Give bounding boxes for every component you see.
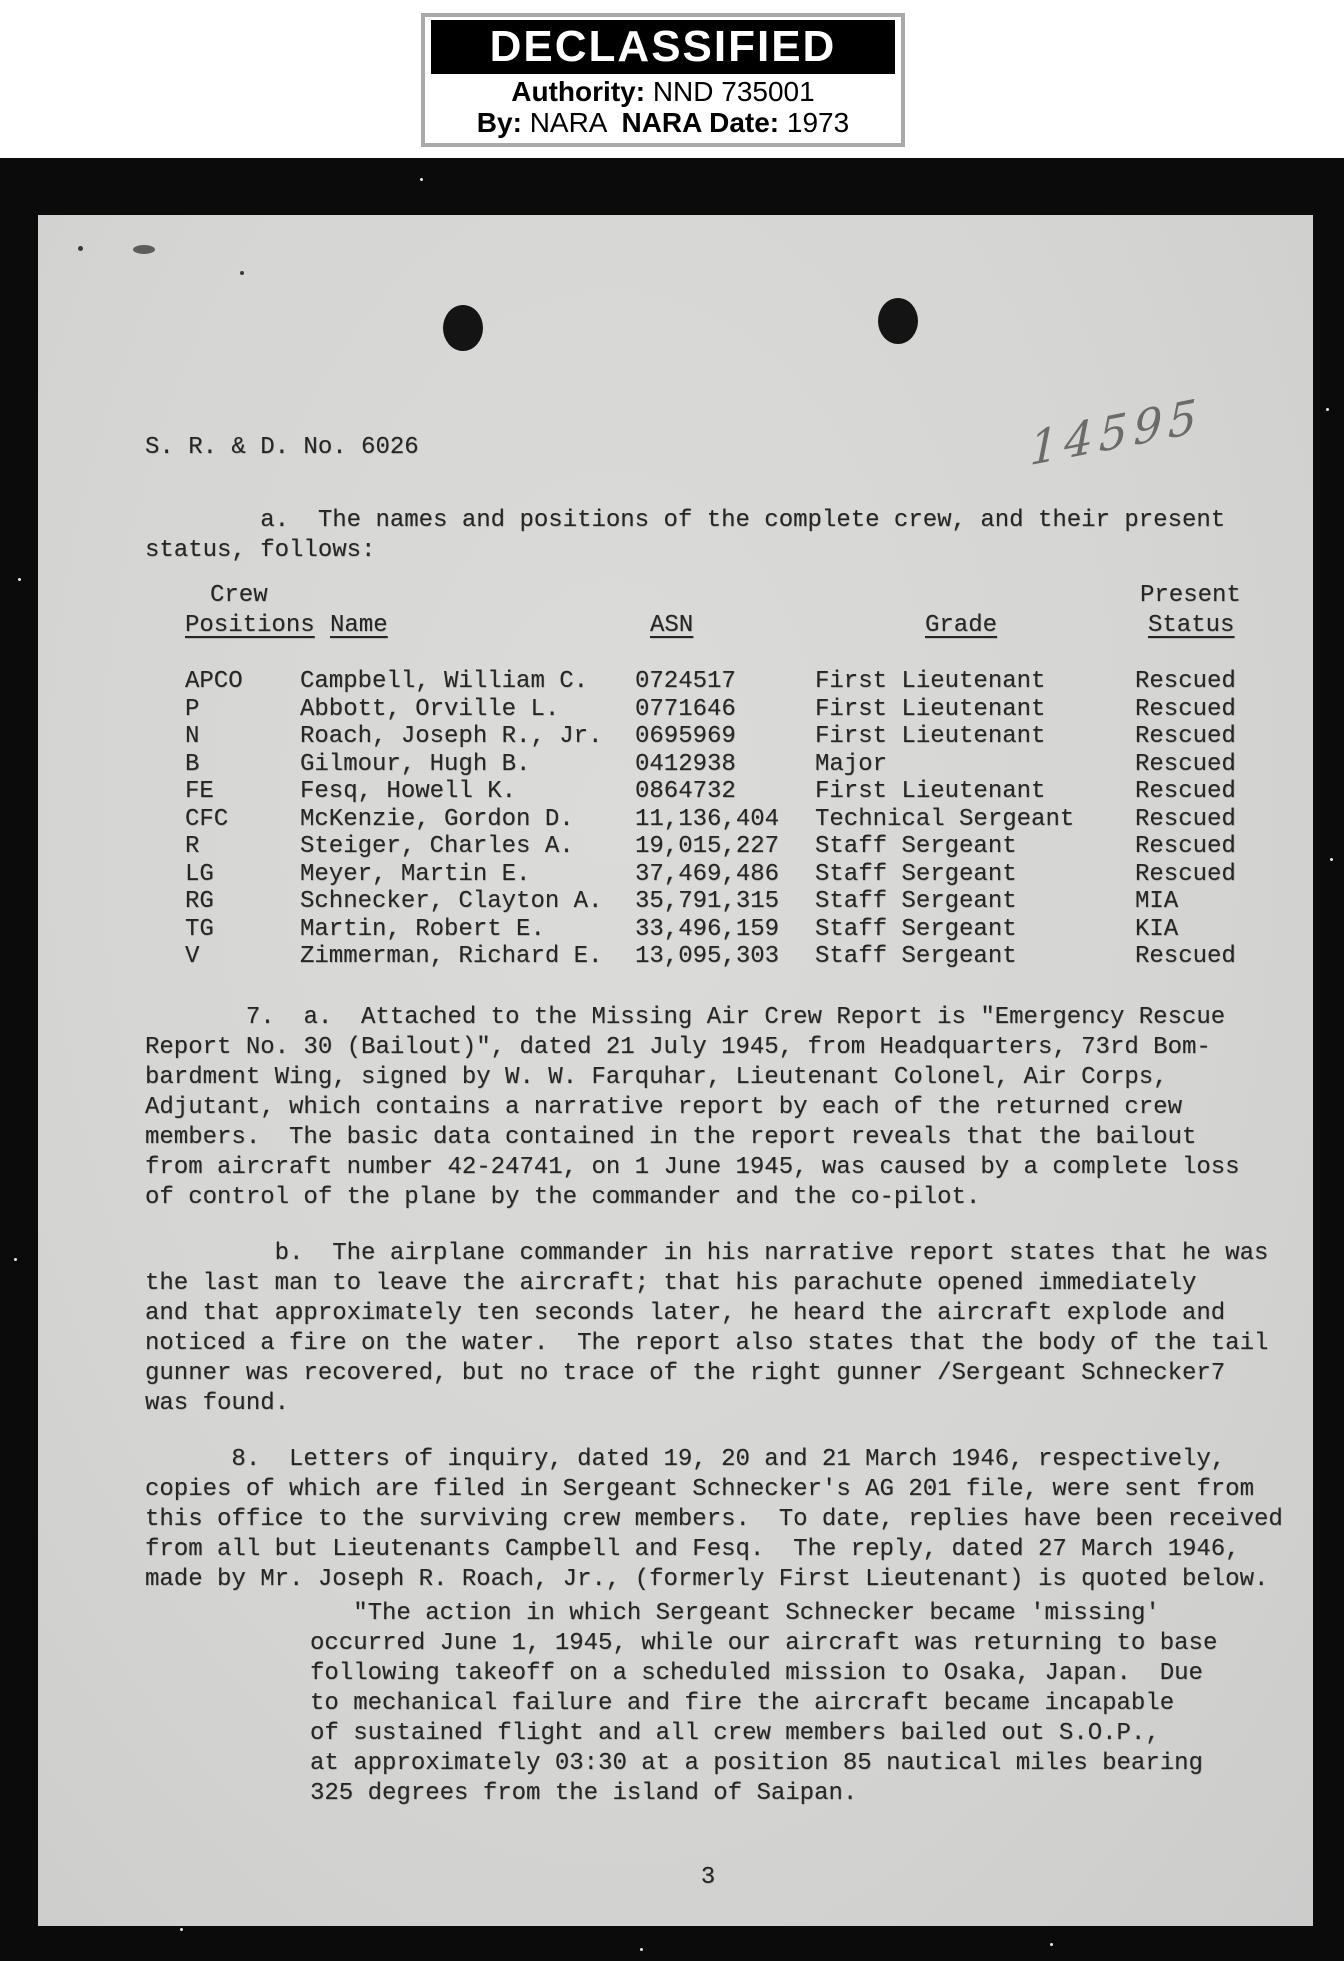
document-page: S. R. & D. No. 6026 14595 a. The names a… [38,215,1313,1926]
cell-grade: First Lieutenant [815,777,1045,807]
header-asn: ASN [650,611,693,641]
cell-crew-position: R [185,832,199,862]
by-line: By: NARANARA Date: 1973 [425,107,901,138]
punch-hole-icon [878,298,918,344]
header-grade: Grade [925,611,997,641]
cell-asn: 13,095,303 [635,942,779,972]
nara-date-value: 1973 [787,107,849,138]
header-present: Present [1140,581,1241,611]
cell-status: Rescued [1135,777,1236,807]
cell-name: Fesq, Howell K. [300,777,516,807]
header-name: Name [330,611,388,641]
cell-status: Rescued [1135,942,1236,972]
paragraph-7a: 7. a. Attached to the Missing Air Crew R… [145,1003,1325,1213]
cell-name: Campbell, William C. [300,667,588,697]
cell-crew-position: CFC [185,805,228,835]
paragraph-7b: b. The airplane commander in his narrati… [145,1239,1335,1419]
cell-name: Martin, Robert E. [300,915,545,945]
cell-asn: 37,469,486 [635,860,779,890]
by-label: By: [477,107,522,138]
cell-crew-position: P [185,695,199,725]
cell-grade: Technical Sergeant [815,805,1074,835]
cell-name: Schnecker, Clayton A. [300,887,602,917]
cell-asn: 0771646 [635,695,736,725]
cell-crew-position: LG [185,860,214,890]
quote-paragraph: "The action in which Sergeant Schnecker … [310,1599,1310,1809]
cell-asn: 0412938 [635,750,736,780]
cell-crew-position: V [185,942,199,972]
declassified-title: DECLASSIFIED [431,20,895,74]
cell-grade: First Lieutenant [815,667,1045,697]
cell-crew-position: B [185,750,199,780]
cell-crew-position: N [185,722,199,752]
cell-crew-position: APCO [185,667,243,697]
cell-name: McKenzie, Gordon D. [300,805,574,835]
table-row: N Roach, Joseph R., Jr. 0695969 First Li… [38,722,1313,750]
paragraph-8: 8. Letters of inquiry, dated 19, 20 and … [145,1445,1340,1595]
header-status: Status [1148,611,1234,641]
declassified-banner: DECLASSIFIED Authority: NND 735001 By: N… [421,13,905,147]
table-row: V Zimmerman, Richard E. 13,095,303 Staff… [38,942,1313,970]
cell-status: Rescued [1135,832,1236,862]
table-row: RG Schnecker, Clayton A. 35,791,315 Staf… [38,887,1313,915]
scan-background: S. R. & D. No. 6026 14595 a. The names a… [0,158,1344,1961]
handwritten-number: 14595 [1029,388,1203,477]
nara-date-label: NARA Date: [621,107,779,138]
cell-grade: Major [815,750,887,780]
document-number: S. R. & D. No. 6026 [145,433,419,463]
authority-label: Authority: [511,76,645,107]
cell-status: KIA [1135,915,1178,945]
cell-name: Abbott, Orville L. [300,695,559,725]
header-positions: Positions [185,611,315,641]
header-crew: Crew [210,581,268,611]
table-row: APCO Campbell, William C. 0724517 First … [38,667,1313,695]
authority-line: Authority: NND 735001 [425,76,901,107]
authority-value: NND 735001 [653,76,815,107]
noise-smudge [133,245,155,254]
crew-table-body: APCO Campbell, William C. 0724517 First … [38,667,1313,970]
cell-grade: First Lieutenant [815,722,1045,752]
cell-grade: Staff Sergeant [815,832,1017,862]
crew-table-header-top: Crew Present [38,581,1313,611]
cell-crew-position: RG [185,887,214,917]
table-row: LG Meyer, Martin E. 37,469,486 Staff Ser… [38,860,1313,888]
cell-asn: 33,496,159 [635,915,779,945]
intro-paragraph: a. The names and positions of the comple… [145,506,1305,566]
table-row: R Steiger, Charles A. 19,015,227 Staff S… [38,832,1313,860]
table-row: B Gilmour, Hugh B. 0412938 Major Rescued [38,750,1313,778]
noise-speck [240,271,244,275]
table-row: P Abbott, Orville L. 0771646 First Lieut… [38,695,1313,723]
cell-grade: Staff Sergeant [815,915,1017,945]
cell-crew-position: FE [185,777,214,807]
cell-asn: 0864732 [635,777,736,807]
cell-name: Gilmour, Hugh B. [300,750,530,780]
cell-asn: 11,136,404 [635,805,779,835]
cell-name: Roach, Joseph R., Jr. [300,722,602,752]
punch-hole-icon [443,305,483,351]
cell-name: Meyer, Martin E. [300,860,530,890]
scanned-document-screenshot: DECLASSIFIED Authority: NND 735001 By: N… [0,0,1344,1961]
cell-name: Zimmerman, Richard E. [300,942,602,972]
cell-grade: First Lieutenant [815,695,1045,725]
by-value: NARA [530,107,608,138]
cell-asn: 19,015,227 [635,832,779,862]
cell-grade: Staff Sergeant [815,860,1017,890]
cell-grade: Staff Sergeant [815,887,1017,917]
table-row: FE Fesq, Howell K. 0864732 First Lieuten… [38,777,1313,805]
cell-status: Rescued [1135,750,1236,780]
cell-asn: 0695969 [635,722,736,752]
cell-status: Rescued [1135,805,1236,835]
crew-table-header: Positions Name ASN Grade Status [38,611,1313,641]
cell-asn: 0724517 [635,667,736,697]
cell-crew-position: TG [185,915,214,945]
page-number: 3 [678,1863,738,1893]
noise-speck [78,246,83,251]
cell-status: Rescued [1135,667,1236,697]
cell-status: Rescued [1135,722,1236,752]
cell-status: MIA [1135,887,1178,917]
cell-asn: 35,791,315 [635,887,779,917]
cell-status: Rescued [1135,860,1236,890]
table-row: TG Martin, Robert E. 33,496,159 Staff Se… [38,915,1313,943]
cell-grade: Staff Sergeant [815,942,1017,972]
cell-status: Rescued [1135,695,1236,725]
cell-name: Steiger, Charles A. [300,832,574,862]
table-row: CFC McKenzie, Gordon D. 11,136,404 Techn… [38,805,1313,833]
